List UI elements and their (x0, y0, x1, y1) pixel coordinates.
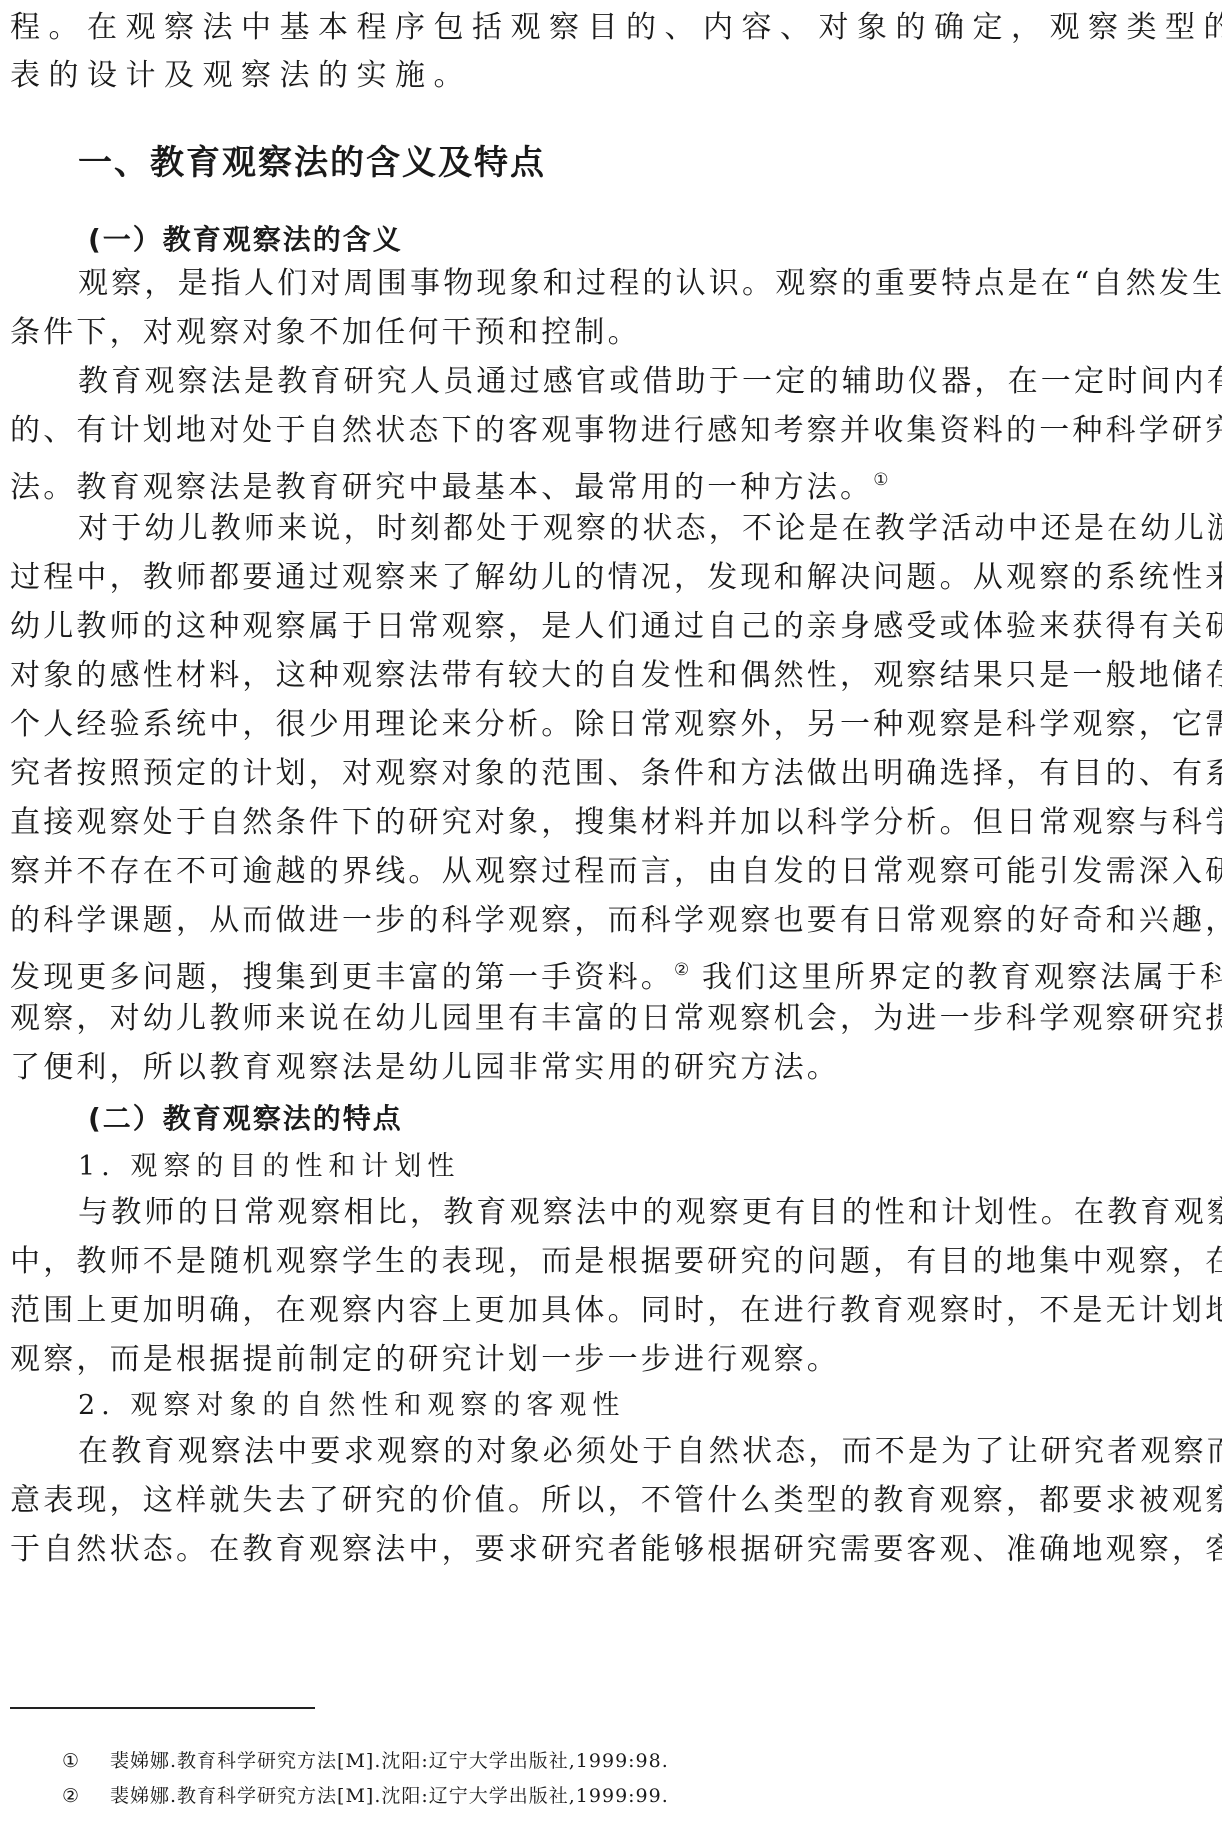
paragraph-line: 法。教育观察法是教育研究中最基本、最常用的一种方法。① (10, 460, 1210, 500)
footnote-2: ②裴娣娜.教育科学研究方法[M].沈阳:辽宁大学出版社,1999:99. (62, 1783, 669, 1809)
paragraph-line: 的科学课题，从而做进一步的科学观察，而科学观察也要有日常观察的好奇和兴趣，才能 (10, 901, 1210, 941)
paragraph-line: 对象的感性材料，这种观察法带有较大的自发性和偶然性，观察结果只是一般地储存在 (10, 656, 1210, 696)
footnote-divider (10, 1707, 315, 1709)
subsection-heading-2: (二）教育观察法的特点 (88, 1100, 403, 1138)
footnote-1: ①裴娣娜.教育科学研究方法[M].沈阳:辽宁大学出版社,1999:98. (62, 1748, 669, 1774)
paragraph-line: 中，教师不是随机观察学生的表现，而是根据要研究的问题，有目的地集中观察，在观察 (10, 1242, 1210, 1282)
point-heading-2: 2. 观察对象的自然性和观察的客观性 (78, 1387, 625, 1425)
footnote-ref-1[interactable]: ① (873, 470, 888, 490)
paragraph-line: 意表现，这样就失去了研究的价值。所以，不管什么类型的教育观察，都要求被观察者处 (10, 1481, 1210, 1521)
footnote-ref-2[interactable]: ② (674, 960, 689, 980)
paragraph-line: 教育观察法是教育研究人员通过感官或借助于一定的辅助仪器，在一定时间内有目 (78, 362, 1210, 402)
point-heading-1: 1. 观察的目的性和计划性 (78, 1148, 460, 1186)
paragraph-line: 察并不存在不可逾越的界线。从观察过程而言，由自发的日常观察可能引发需深入研究 (10, 852, 1210, 892)
paragraph-line: 了便利，所以教育观察法是幼儿园非常实用的研究方法。 (10, 1048, 1210, 1088)
paragraph-text: 我们这里所界定的教育观察法属于科学 (689, 960, 1222, 995)
paragraph-line: 究者按照预定的计划，对观察对象的范围、条件和方法做出明确选择，有目的、有系统地 (10, 754, 1210, 794)
intro-line-1: 程。在观察法中基本程序包括观察目的、内容、对象的确定，观察类型的选择、观察记录 (10, 8, 1210, 48)
paragraph-line: 对于幼儿教师来说，时刻都处于观察的状态，不论是在教学活动中还是在幼儿游戏 (78, 509, 1210, 549)
paragraph-line: 的、有计划地对处于自然状态下的客观事物进行感知考察并收集资料的一种科学研究方 (10, 411, 1210, 451)
paragraph-line: 发现更多问题，搜集到更丰富的第一手资料。② 我们这里所界定的教育观察法属于科学 (10, 950, 1210, 990)
paragraph-line: 观察，而是根据提前制定的研究计划一步一步进行观察。 (10, 1340, 1210, 1380)
paragraph-line: 与教师的日常观察相比，教育观察法中的观察更有目的性和计划性。在教育观察法 (78, 1193, 1210, 1233)
paragraph-line: 幼儿教师的这种观察属于日常观察，是人们通过自己的亲身感受或体验来获得有关研究 (10, 607, 1210, 647)
paragraph-line: 条件下，对观察对象不加任何干预和控制。 (10, 313, 1210, 353)
section-heading: 一、教育观察法的含义及特点 (78, 141, 546, 185)
paragraph-line: 观察，是指人们对周围事物现象和过程的认识。观察的重要特点是在“自然发生”的 (78, 264, 1210, 304)
paragraph-line: 在教育观察法中要求观察的对象必须处于自然状态，而不是为了让研究者观察而故 (78, 1432, 1210, 1472)
paragraph-line: 于自然状态。在教育观察法中，要求研究者能够根据研究需要客观、准确地观察，客观准 (10, 1530, 1210, 1570)
footnote-text: 裴娣娜.教育科学研究方法[M].沈阳:辽宁大学出版社,1999:99. (110, 1785, 669, 1807)
paragraph-line: 过程中，教师都要通过观察来了解幼儿的情况，发现和解决问题。从观察的系统性来看， (10, 558, 1210, 598)
paragraph-text: 发现更多问题，搜集到更丰富的第一手资料。 (10, 960, 674, 995)
paragraph-line: 直接观察处于自然条件下的研究对象，搜集材料并加以科学分析。但日常观察与科学观 (10, 803, 1210, 843)
footnote-mark: ① (62, 1748, 110, 1774)
footnote-mark: ② (62, 1783, 110, 1809)
paragraph-text: 法。教育观察法是教育研究中最基本、最常用的一种方法。 (10, 470, 873, 505)
intro-line-2: 表的设计及观察法的实施。 (10, 56, 1210, 96)
subsection-heading-1: (一）教育观察法的含义 (88, 221, 403, 259)
document-page: 程。在观察法中基本程序包括观察目的、内容、对象的确定，观察类型的选择、观察记录 … (0, 0, 1222, 1822)
paragraph-line: 个人经验系统中，很少用理论来分析。除日常观察外，另一种观察是科学观察，它需要研 (10, 705, 1210, 745)
paragraph-line: 观察，对幼儿教师来说在幼儿园里有丰富的日常观察机会，为进一步科学观察研究提供 (10, 999, 1210, 1039)
footnote-text: 裴娣娜.教育科学研究方法[M].沈阳:辽宁大学出版社,1999:98. (110, 1750, 669, 1772)
paragraph-line: 范围上更加明确，在观察内容上更加具体。同时，在进行教育观察时，不是无计划地随意 (10, 1291, 1210, 1331)
